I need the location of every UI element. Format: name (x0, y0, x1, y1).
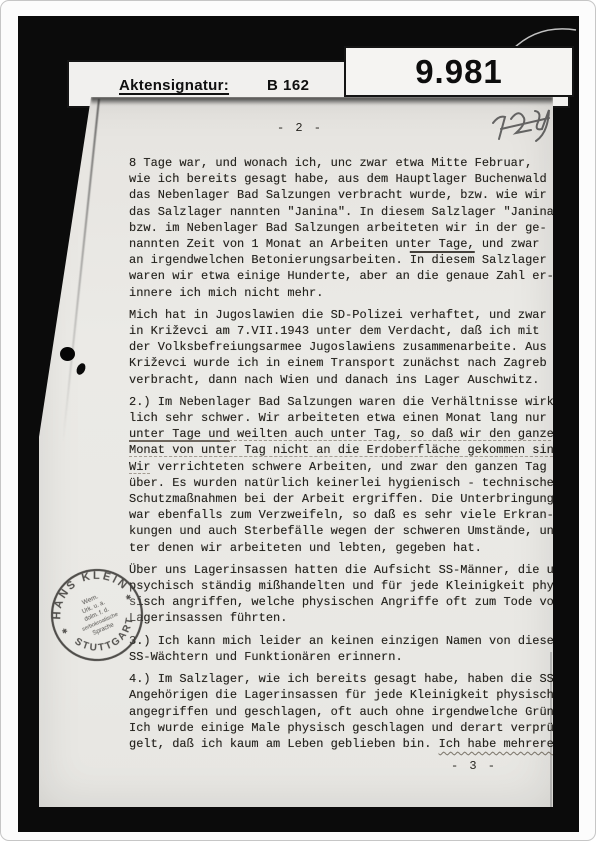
paragraph: 3.) Ich kann mich leider an keinen einzi… (129, 633, 591, 665)
text-line: nannten Zeit von 1 Monat an Arbeiten unt… (129, 236, 591, 252)
text-line: war ebenfalls zum Verzweifeln, so daß es… (129, 507, 591, 523)
text-line: kungen und auch Sterbefälle wegen der sc… (129, 523, 591, 539)
text-line: unter Tage und weilten auch unter Tag, s… (129, 426, 591, 442)
text-line: in Križevci am 7.VII.1943 unter dem Verd… (129, 323, 591, 339)
text-line: bzw. im Nebenlager Bad Salzungen arbeite… (129, 220, 591, 236)
scan-background: Aktensignatur: B 162 9.981 - 2 - 8 Tage … (18, 16, 579, 832)
archive-number: 9.981 (415, 53, 503, 91)
paragraph: Über uns Lagerinsassen hatten die Aufsic… (129, 562, 591, 627)
text-line: Angehörigen die Lagerinsassen für jede K… (129, 687, 591, 703)
handwritten-mark (487, 101, 559, 149)
text-line: das Salzlager nannten "Janina". In diese… (129, 204, 591, 220)
text-line: 2.) Im Nebenlager Bad Salzungen waren di… (129, 394, 591, 410)
text-line: ter denen wir arbeiteten und lebten, geg… (129, 540, 591, 556)
text-line: psychisch ständig mißhandelten und für j… (129, 578, 591, 594)
aktensignatur-value: B 162 (267, 77, 310, 94)
typed-text-block: 8 Tage war, und wonach ich, unc zwar etw… (129, 155, 591, 758)
text-line: SS-Wächtern und Funktionären erinnern. (129, 649, 591, 665)
paragraph: Mich hat in Jugoslawien die SD-Polizei v… (129, 307, 591, 388)
scanned-document-frame: Aktensignatur: B 162 9.981 - 2 - 8 Tage … (0, 0, 596, 841)
document-page: - 2 - 8 Tage war, und wonach ich, unc zw… (39, 97, 553, 807)
text-line: Wir verrichteten schwere Arbeiten, und z… (129, 459, 591, 475)
text-line: 4.) Im Salzlager, wie ich bereits gesagt… (129, 671, 591, 687)
text-line: Ich wurde einige Male physisch geschlage… (129, 720, 591, 736)
text-line: Križevci wurde ich in einem Transport zu… (129, 355, 591, 371)
text-line: angegriffen und geschlagen, oft auch ohn… (129, 704, 591, 720)
page-number-top: - 2 - (277, 121, 323, 135)
text-line: lich sehr schwer. Wir arbeiteten etwa ei… (129, 410, 591, 426)
text-line: 3.) Ich kann mich leider an keinen einzi… (129, 633, 591, 649)
paragraph: 8 Tage war, und wonach ich, unc zwar etw… (129, 155, 591, 301)
paragraph: 4.) Im Salzlager, wie ich bereits gesagt… (129, 671, 591, 752)
archive-number-box: 9.981 (344, 46, 574, 97)
text-line: sisch angriffen, welche physischen Angri… (129, 594, 591, 610)
aktensignatur-label: Aktensignatur: (119, 77, 229, 94)
text-line: verbracht, dann nach Wien und danach ins… (129, 372, 591, 388)
text-line: waren wir etwa einige Hunderte, aber an … (129, 268, 591, 284)
page-crease (62, 99, 100, 442)
text-line: Mich hat in Jugoslawien die SD-Polizei v… (129, 307, 591, 323)
text-line: Monat von unter Tag nicht an die Erdober… (129, 442, 591, 458)
paragraph: 2.) Im Nebenlager Bad Salzungen waren di… (129, 394, 591, 556)
text-line: über. Es wurden natürlich keinerlei hygi… (129, 475, 591, 491)
text-line: Über uns Lagerinsassen hatten die Aufsic… (129, 562, 591, 578)
page-number-bottom: - 3 - (451, 759, 497, 773)
text-line: 8 Tage war, und wonach ich, unc zwar etw… (129, 155, 591, 171)
text-line: wie ich bereits gesagt habe, aus dem Hau… (129, 171, 591, 187)
text-line: Schutzmaßnahmen bei der Arbeit ergriffen… (129, 491, 591, 507)
ink-blob (60, 347, 75, 361)
text-line: das Nebenlager Bad Salzungen verbracht w… (129, 187, 591, 203)
text-line: innere ich mich nicht mehr. (129, 285, 591, 301)
text-line: der Volksbefreiungsarmee Jugoslawiens zu… (129, 339, 591, 355)
page-top-edge-shadow (91, 97, 553, 105)
ink-blob-small (75, 362, 87, 376)
text-line: an irgendwelchen Betonierungsarbeiten. I… (129, 252, 591, 268)
text-line: Lagerinsassen führten. (129, 610, 591, 626)
text-line: gelt, daß ich kaum am Leben geblieben bi… (129, 736, 591, 752)
